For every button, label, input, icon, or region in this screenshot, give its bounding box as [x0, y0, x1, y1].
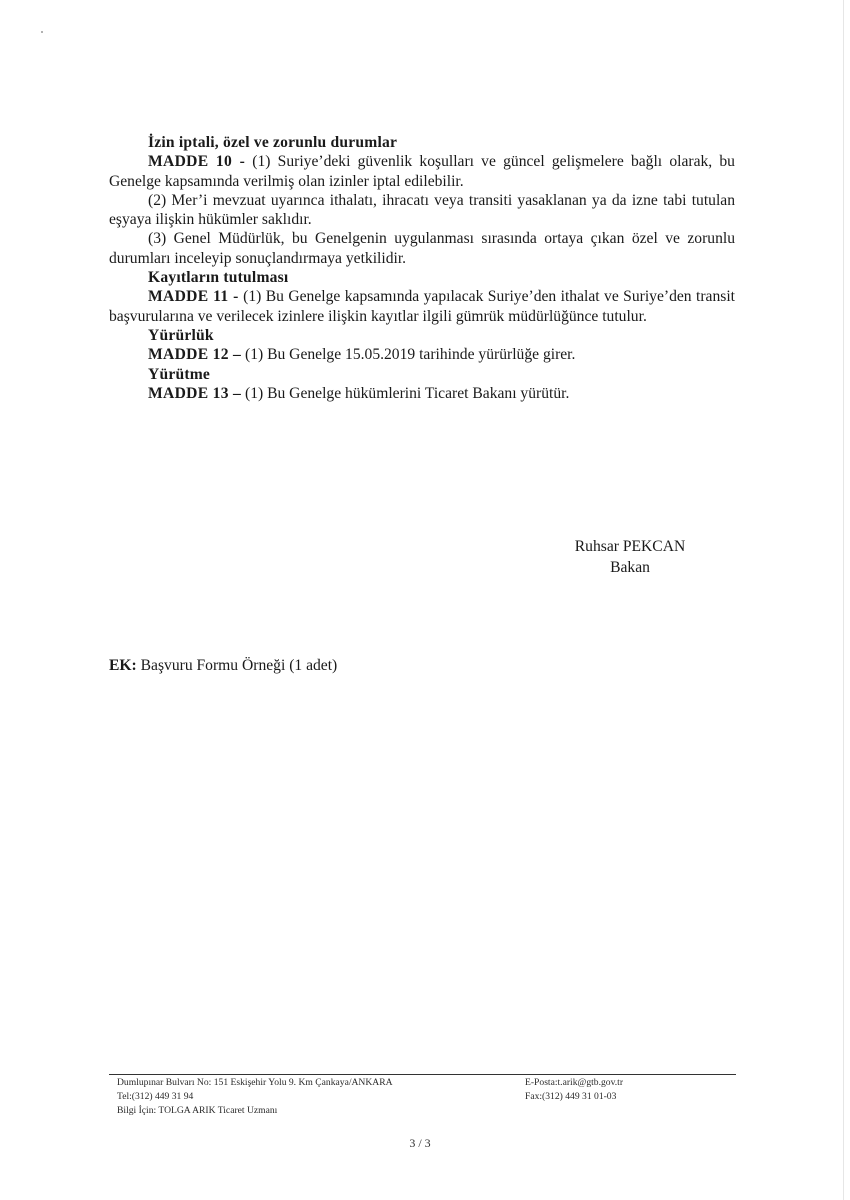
scan-edge-line [843, 0, 844, 1200]
annex-line: EK: Başvuru Formu Örneği (1 adet) [109, 656, 337, 676]
footer-divider [109, 1074, 736, 1075]
footer-address: Dumlupınar Bulvarı No: 151 Eskişehir Yol… [117, 1076, 393, 1090]
page-number: 3 / 3 [380, 1136, 460, 1151]
footer-contact-right: E-Posta:t.arik@gtb.gov.tr Fax:(312) 449 … [525, 1076, 623, 1104]
signature-block: Ruhsar PEKCAN Bakan [540, 536, 720, 578]
section-heading-izin-iptali: İzin iptali, özel ve zorunlu durumlar [109, 133, 735, 152]
article-11-label: MADDE 11 - [148, 288, 239, 305]
annex-text: Başvuru Formu Örneği (1 adet) [141, 657, 338, 674]
article-13-label: MADDE 13 – [148, 385, 241, 402]
section-heading-kayitlarin-tutulmasi: Kayıtların tutulması [109, 268, 735, 287]
article-10-label: MADDE 10 - [148, 153, 245, 170]
document-body: İzin iptali, özel ve zorunlu durumlar MA… [109, 133, 735, 403]
article-12-paragraph-1: MADDE 12 – (1) Bu Genelge 15.05.2019 tar… [109, 345, 735, 364]
article-10-paragraph-1: MADDE 10 - (1) Suriye’deki güvenlik koşu… [109, 152, 735, 191]
footer-phone: Tel:(312) 449 31 94 [117, 1090, 393, 1104]
signatory-name: Ruhsar PEKCAN [540, 536, 720, 557]
article-13-paragraph-1: MADDE 13 – (1) Bu Genelge hükümlerini Ti… [109, 384, 735, 403]
annex-label: EK: [109, 657, 137, 674]
section-heading-yururluk: Yürürlük [109, 326, 735, 345]
scan-speck [41, 31, 43, 33]
document-page: İzin iptali, özel ve zorunlu durumlar MA… [0, 0, 850, 1200]
article-10-paragraph-3: (3) Genel Müdürlük, bu Genelgenin uygula… [109, 229, 735, 268]
article-12-label: MADDE 12 – [148, 346, 241, 363]
signatory-title: Bakan [540, 557, 720, 578]
section-heading-yurutme: Yürütme [109, 365, 735, 384]
footer-contact-left: Dumlupınar Bulvarı No: 151 Eskişehir Yol… [117, 1076, 393, 1118]
footer-info: Bilgi İçin: TOLGA ARIK Ticaret Uzmanı [117, 1104, 393, 1118]
article-13-text-1: (1) Bu Genelge hükümlerini Ticaret Bakan… [245, 385, 569, 402]
article-12-text-1: (1) Bu Genelge 15.05.2019 tarihinde yürü… [245, 346, 575, 363]
article-10-paragraph-2: (2) Mer’i mevzuat uyarınca ithalatı, ihr… [109, 191, 735, 230]
footer-fax: Fax:(312) 449 31 01-03 [525, 1090, 623, 1104]
footer-email: E-Posta:t.arik@gtb.gov.tr [525, 1076, 623, 1090]
article-11-paragraph-1: MADDE 11 - (1) Bu Genelge kapsamında yap… [109, 287, 735, 326]
